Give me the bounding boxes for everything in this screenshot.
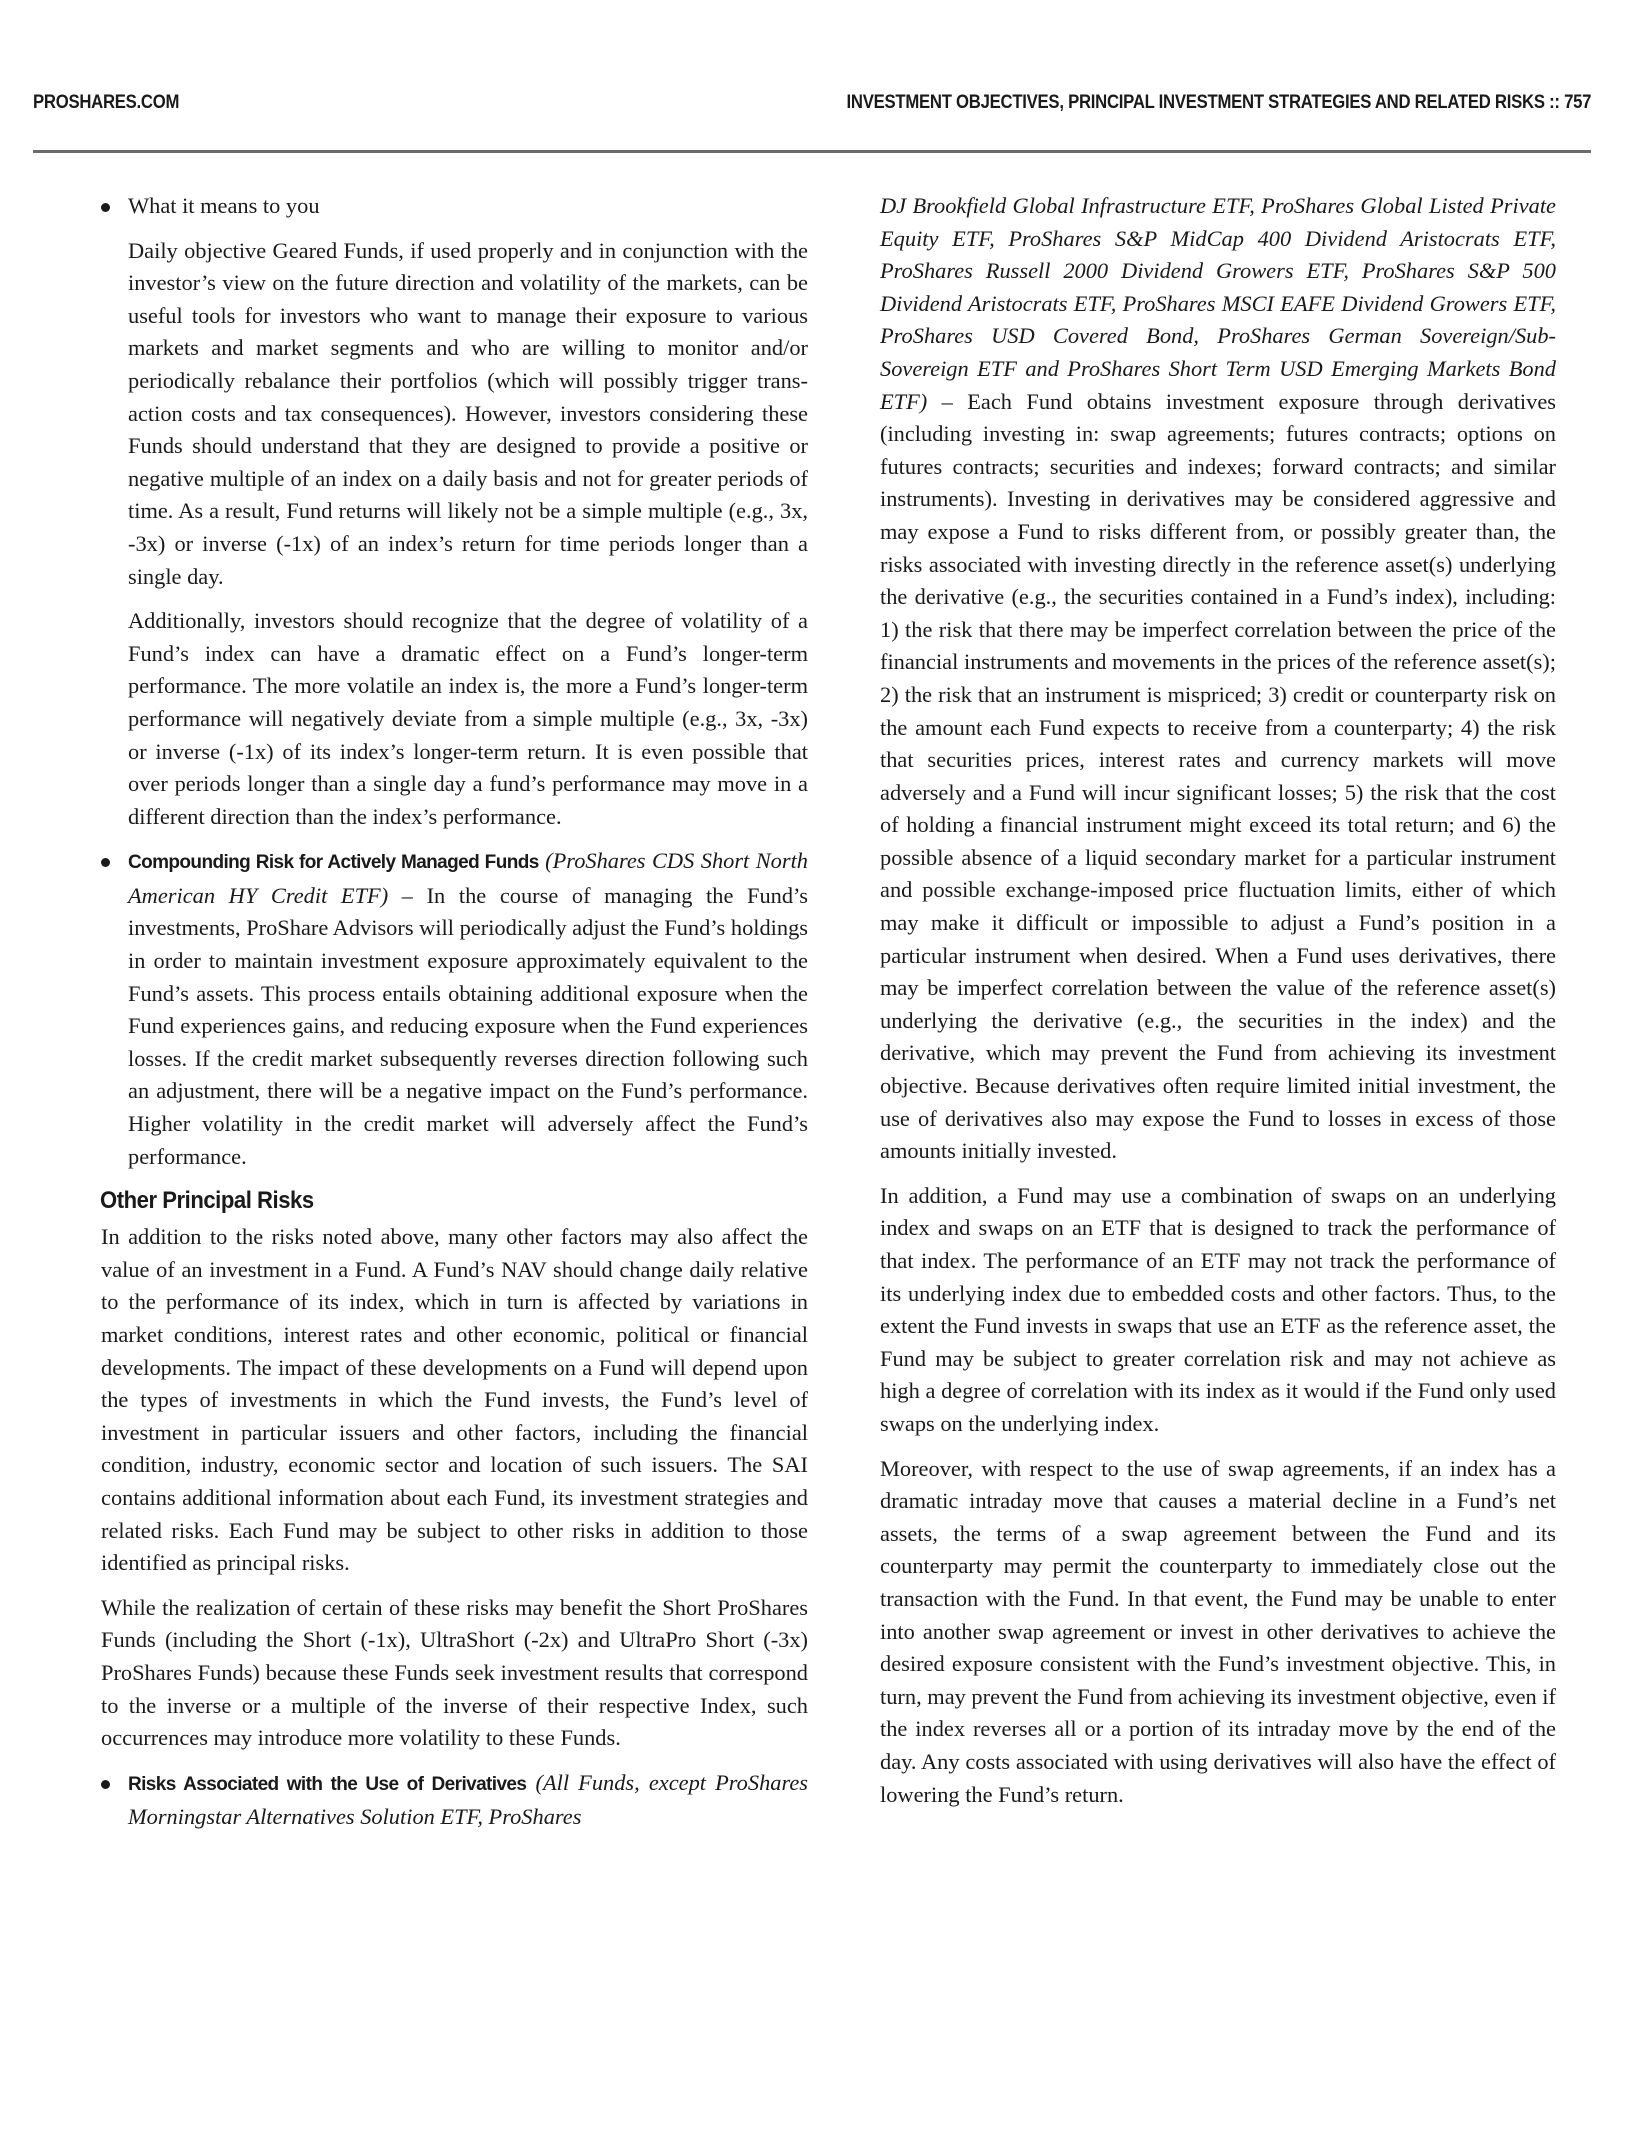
risk-dash: –	[927, 389, 967, 414]
risk-title: Risks Associated with the Use of Derivat…	[128, 1774, 526, 1795]
bullet-derivatives-risk: Risks Associated with the Use of Derivat…	[128, 1767, 808, 1834]
paragraph: Moreover, with respect to the use of swa…	[880, 1453, 1556, 1812]
other-principal-risks-section: Other Principal Risks In addition to the…	[101, 1185, 808, 1755]
title-separator: ::	[1545, 92, 1564, 113]
paragraph: In addition to the risks noted above, ma…	[101, 1221, 808, 1580]
derivatives-risk-continued: DJ Brookfield Global Infrastructure ETF,…	[880, 190, 1556, 1168]
risk-title: Compounding Risk for Actively Managed Fu…	[128, 852, 539, 873]
page-header: PROSHARES.COM INVESTMENT OBJECTIVES, PRI…	[33, 92, 1591, 116]
bullet-icon	[101, 1780, 110, 1789]
section-title: INVESTMENT OBJECTIVES, PRINCIPAL INVESTM…	[846, 92, 1544, 113]
bullet-icon	[101, 858, 110, 867]
section-heading: Other Principal Risks	[100, 1185, 751, 1217]
risk-body: Each Fund obtains investment exposure th…	[880, 389, 1556, 1164]
left-column: What it means to you Daily objective Gea…	[128, 190, 808, 1846]
paragraph: While the realization of certain of thes…	[101, 1592, 808, 1755]
bullet-icon	[101, 203, 110, 212]
bullet-compounding-risk: Compounding Risk for Actively Managed Fu…	[128, 845, 808, 1173]
paragraph: Daily objective Geared Funds, if used pr…	[128, 235, 808, 594]
header-rule	[33, 150, 1591, 153]
bullet-what-it-means: What it means to you	[128, 190, 808, 223]
risk-applies-to: DJ Brookfield Global Infrastructure ETF,…	[880, 193, 1556, 414]
bullet-label: What it means to you	[128, 190, 808, 223]
site-name: PROSHARES.COM	[33, 92, 179, 114]
page-number: 757	[1564, 92, 1591, 113]
right-column: DJ Brookfield Global Infrastructure ETF,…	[880, 190, 1556, 1823]
running-title: INVESTMENT OBJECTIVES, PRINCIPAL INVESTM…	[846, 92, 1591, 114]
paragraph: Additionally, investors should recognize…	[128, 605, 808, 833]
paragraph: In addition, a Fund may use a combinatio…	[880, 1180, 1556, 1441]
risk-dash: –	[388, 883, 426, 908]
risk-body: In the course of managing the Fund’s inv…	[128, 883, 808, 1169]
